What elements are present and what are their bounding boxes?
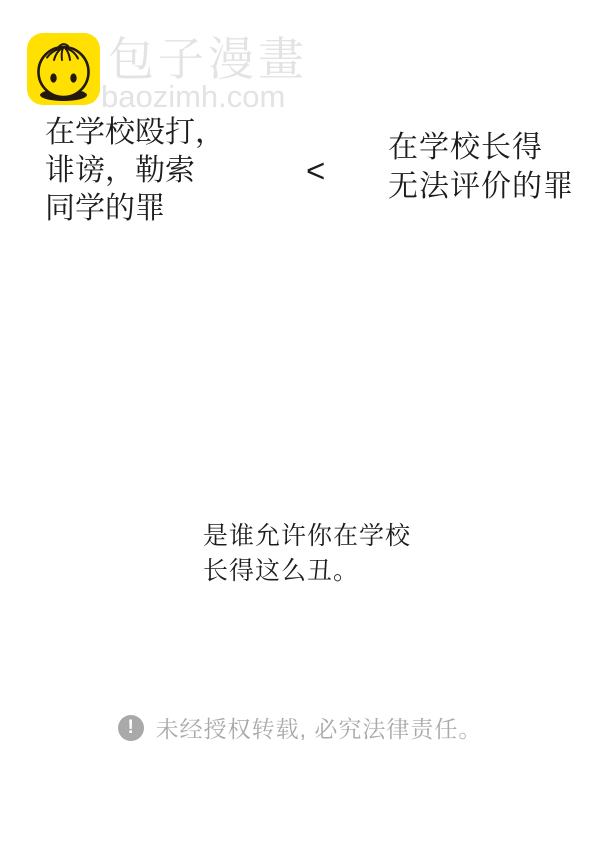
less-than-symbol: < [306, 152, 325, 190]
exclamation-icon: ! [118, 715, 144, 741]
copyright-notice: ! 未经授权转载, 必究法律责任。 [0, 711, 600, 744]
crime-left-line-3: 同学的罪 [45, 190, 225, 228]
crime-left-line-1: 在学校殴打， [45, 114, 225, 152]
watermark-title: 包子漫畫 [108, 34, 308, 84]
crime-right-line-1: 在学校长得 [388, 128, 574, 167]
crime-left-line-2: 诽谤，勒索 [45, 152, 225, 190]
crime-right-line-2: 无法评价的罪 [388, 167, 574, 206]
dialogue-caption: 是谁允许你在学校 长得这么丑。 [203, 519, 411, 589]
crime-right-text: 在学校长得 无法评价的罪 [388, 128, 574, 206]
baozi-bun-icon [27, 33, 100, 105]
copyright-text: 未经授权转载, 必究法律责任。 [156, 711, 483, 744]
watermark-domain: baozimh.com [101, 80, 285, 114]
crime-left-text: 在学校殴打， 诽谤，勒索 同学的罪 [45, 114, 225, 228]
baozi-logo [27, 33, 100, 105]
dialogue-caption-line-1: 是谁允许你在学校 [203, 519, 411, 554]
dialogue-caption-line-2: 长得这么丑。 [203, 554, 411, 589]
comic-page: 包子漫畫 baozimh.com 在学校殴打， 诽谤，勒索 同学的罪 < 在学校… [0, 0, 600, 847]
